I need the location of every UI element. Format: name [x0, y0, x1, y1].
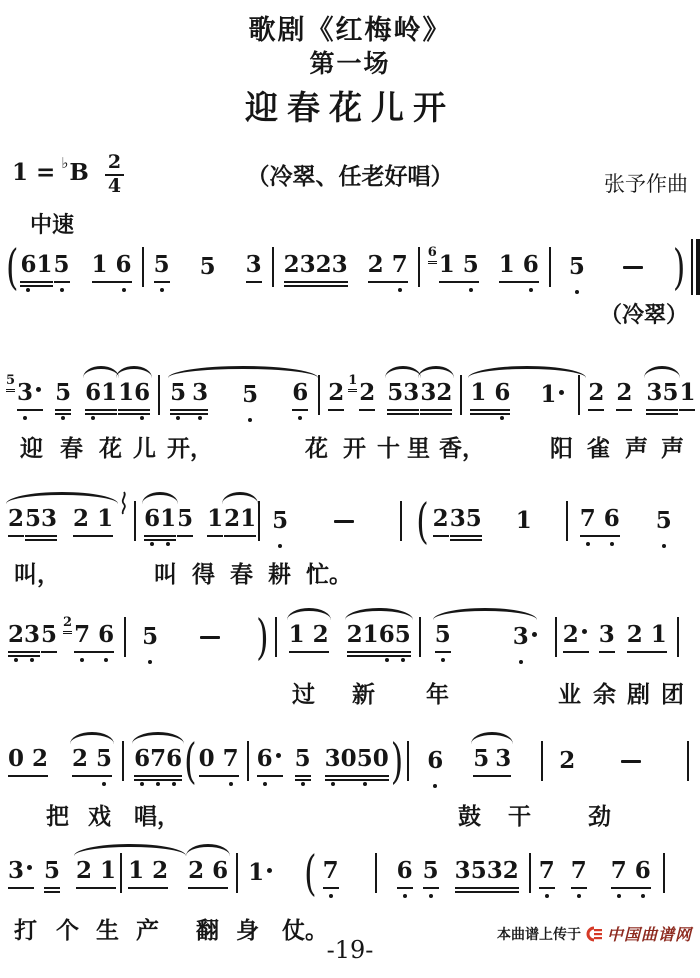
note: 2: [559, 748, 575, 774]
barline: [663, 853, 665, 893]
slur: [74, 844, 186, 856]
slur: [644, 366, 680, 378]
watermark-site-name: 中国曲谱网: [607, 922, 692, 945]
augmentation-dot: [582, 629, 587, 634]
octave-dot: [263, 782, 267, 786]
octave-dot: [140, 416, 144, 420]
watermark: 本曲谱上传于 中国曲谱网: [497, 922, 692, 945]
octave-dot: [102, 782, 106, 786]
note: 2: [616, 380, 632, 411]
lyric: 余: [593, 676, 616, 709]
octave-dot: [198, 416, 202, 420]
note: 61: [85, 380, 117, 411]
barline: [275, 617, 277, 657]
barline: [272, 247, 274, 287]
octave-dot: [529, 288, 533, 292]
slur: [345, 608, 413, 620]
lyric: 花: [305, 430, 328, 463]
barline: [687, 741, 689, 781]
lyric: 香，: [439, 430, 485, 463]
note: 5: [44, 858, 60, 889]
notation-row: 2352765)122165532321: [6, 610, 698, 664]
lyric: 阳: [550, 430, 573, 463]
octave-dot: [441, 658, 445, 662]
note: 676: [134, 746, 182, 777]
phrase-paren: ): [673, 243, 685, 291]
octave-dot: [172, 782, 176, 786]
note: 35: [646, 380, 678, 411]
octave-dot: [429, 894, 433, 898]
octave-dot: [500, 416, 504, 420]
note: 16: [470, 380, 510, 411]
slur: [471, 732, 513, 744]
notation-row: 0225676(07653050)6532: [6, 734, 698, 788]
octave-dot: [662, 544, 666, 548]
octave-dot: [401, 658, 405, 662]
note: 5: [200, 254, 216, 280]
dash-note: [334, 520, 354, 523]
slur: [433, 608, 537, 620]
note: 2: [359, 380, 375, 411]
octave-dot: [122, 288, 126, 292]
note: 2: [8, 506, 24, 537]
barline: [418, 247, 420, 287]
music-line: 0225676(07653050)6532把戏唱，鼓干劲: [6, 734, 698, 850]
watermark-prefix: 本曲谱上传于: [497, 924, 581, 944]
note: 5: [142, 624, 158, 650]
note: 2165: [347, 622, 411, 653]
dash-note: [200, 636, 220, 639]
octave-dot: [14, 658, 18, 662]
lyric: 戏: [88, 798, 111, 831]
notation-row: 253216151215(2351765: [6, 494, 698, 548]
octave-dot: [30, 658, 34, 662]
note: 7: [571, 858, 587, 889]
phrase-paren: (: [304, 849, 316, 897]
lyric: 叫: [154, 556, 177, 589]
octave-dot: [248, 418, 252, 422]
octave-dot: [176, 416, 180, 420]
lyric: 干: [508, 798, 531, 831]
slur: [142, 492, 178, 504]
note: 5: [656, 508, 672, 534]
note: 5: [295, 746, 311, 777]
lyric: 声: [661, 430, 684, 463]
note: 5: [435, 622, 451, 653]
grace-note: 2: [63, 615, 72, 634]
slur: [287, 608, 331, 620]
dash-note: [621, 760, 641, 763]
note: 21: [73, 506, 113, 537]
grace-note: 5: [6, 373, 15, 392]
octave-dot: [469, 288, 473, 292]
note: 1: [248, 860, 274, 886]
barline: [419, 617, 421, 657]
note: 02: [8, 746, 48, 777]
barline: [120, 853, 122, 893]
slur: [70, 732, 114, 744]
note: 12: [128, 858, 168, 889]
note: 07: [199, 746, 239, 777]
note: 6: [427, 748, 443, 774]
note: 76: [611, 858, 651, 889]
phrase-paren: ): [391, 737, 403, 785]
octave-dot: [298, 416, 302, 420]
octave-dot: [577, 894, 581, 898]
barline: [460, 375, 462, 415]
barline: [134, 501, 136, 541]
note: 2: [328, 380, 344, 411]
phrase-paren: (: [184, 737, 196, 785]
barline: [142, 247, 144, 287]
octave-dot: [150, 542, 154, 546]
augmentation-dot: [276, 753, 281, 758]
lyric: 新: [352, 676, 375, 709]
octave-dot: [104, 658, 108, 662]
augmentation-dot: [36, 387, 41, 392]
note: 5: [569, 254, 585, 280]
note: 27: [368, 252, 408, 283]
slur: [132, 732, 184, 744]
note: 21: [224, 506, 256, 537]
barline: [318, 375, 320, 415]
phrase-paren: ): [256, 613, 268, 661]
barline: [375, 853, 377, 893]
lyric: 剧: [627, 676, 650, 709]
octave-dot: [91, 416, 95, 420]
octave-dot: [403, 894, 407, 898]
note: 3532: [455, 858, 519, 889]
lyric: 声: [625, 430, 648, 463]
barline: [529, 853, 531, 893]
note: 76: [74, 622, 114, 653]
lyric: 迎: [20, 430, 43, 463]
lyric: 团: [661, 676, 684, 709]
octave-dot: [148, 660, 152, 664]
octave-dot: [385, 658, 389, 662]
note: 2323: [284, 252, 348, 283]
octave-dot: [617, 894, 621, 898]
note: 5: [55, 380, 71, 411]
octave-dot: [61, 416, 65, 420]
note: 1: [679, 380, 695, 411]
music-line: 2352765)122165532321过新年业余剧团: [6, 610, 698, 726]
dash-note: [623, 266, 643, 269]
lyric: 里: [407, 430, 430, 463]
note: 2: [433, 506, 449, 537]
grace-note: 6: [428, 245, 437, 264]
note: 15: [439, 252, 479, 283]
note: 76: [580, 506, 620, 537]
note: 21: [627, 622, 667, 653]
barline: [258, 501, 260, 541]
octave-dot: [23, 416, 27, 420]
note: 1: [516, 508, 532, 534]
octave-dot: [60, 288, 64, 292]
slur: [222, 492, 258, 504]
octave-dot: [363, 782, 367, 786]
note: 61: [144, 506, 176, 537]
barline: [236, 853, 238, 893]
lyric: 得: [192, 556, 215, 589]
octave-dot: [545, 894, 549, 898]
notation-row: 53561165356212533216122351: [6, 368, 698, 422]
slur: [168, 366, 318, 378]
note: 32: [420, 380, 452, 411]
barline: [541, 741, 543, 781]
breath-mark: [119, 491, 128, 520]
octave-dot: [229, 782, 233, 786]
site-logo-icon: [585, 926, 603, 942]
note: 5: [177, 506, 193, 537]
lyric: 十: [377, 430, 400, 463]
lyric: 耕: [268, 556, 291, 589]
octave-dot: [80, 658, 84, 662]
grace-note: 1: [348, 373, 357, 392]
barline: [122, 741, 124, 781]
note: 23: [8, 622, 40, 653]
lyric: 劲: [588, 798, 611, 831]
augmentation-dot: [532, 632, 537, 637]
role-annotation: （冷翠）: [600, 298, 688, 329]
note: 53: [473, 746, 511, 777]
note: 16: [499, 252, 539, 283]
note: 5: [242, 382, 258, 408]
note: 7: [539, 858, 555, 889]
lyric: 年: [426, 676, 449, 709]
octave-dot: [26, 288, 30, 292]
note: 5: [154, 252, 170, 283]
note: 21: [76, 858, 116, 889]
phrase-paren: (: [6, 243, 18, 291]
barline: [566, 501, 568, 541]
barline: [555, 617, 557, 657]
lyric: 把: [46, 798, 69, 831]
lyric: 儿: [133, 430, 156, 463]
notation-area: (61516553232327615165)（冷翠）53561165356212…: [0, 0, 700, 978]
lyric: 唱，: [134, 798, 180, 831]
augmentation-dot: [27, 865, 32, 870]
final-barline: [691, 239, 700, 295]
slur: [186, 844, 230, 856]
lyric: 春: [60, 430, 83, 463]
lyric: 雀: [587, 430, 610, 463]
octave-dot: [156, 782, 160, 786]
note: 3: [17, 380, 43, 411]
barline: [400, 501, 402, 541]
music-line: 253216151215(2351765叫，叫得春耕忙。: [6, 494, 698, 610]
note: 53: [387, 380, 419, 411]
octave-dot: [160, 288, 164, 292]
lyric: 花: [99, 430, 122, 463]
notation-row: 352112261(76535327776: [6, 846, 698, 900]
note: 5: [272, 508, 288, 534]
lyric: 鼓: [458, 798, 481, 831]
barline: [578, 375, 580, 415]
barline: [407, 741, 409, 781]
octave-dot: [329, 894, 333, 898]
music-line: (61516553232327615165)（冷翠）: [6, 240, 698, 356]
octave-dot: [641, 894, 645, 898]
barline: [124, 617, 126, 657]
note: 3: [8, 858, 34, 889]
octave-dot: [433, 784, 437, 788]
barline: [549, 247, 551, 287]
octave-dot: [301, 782, 305, 786]
barline: [247, 741, 249, 781]
note: 3: [513, 624, 539, 650]
augmentation-dot: [559, 390, 564, 395]
note: 2: [588, 380, 604, 411]
barline: [158, 375, 160, 415]
barline: [677, 617, 679, 657]
slur: [418, 366, 454, 378]
octave-dot: [278, 544, 282, 548]
phrase-paren: (: [416, 497, 428, 545]
note: 12: [289, 622, 329, 653]
note: 6: [397, 858, 413, 889]
note: 16: [118, 380, 150, 411]
lyric: 春: [230, 556, 253, 589]
note: 3: [599, 622, 615, 653]
note: 25: [72, 746, 112, 777]
note: 3050: [325, 746, 389, 777]
music-line: 53561165356212533216122351迎春花儿开，花开十里香，阳雀…: [6, 368, 698, 484]
octave-dot: [519, 660, 523, 664]
note: 35: [450, 506, 482, 537]
slur: [83, 366, 119, 378]
note: 5: [54, 252, 70, 283]
lyric: 开，: [167, 430, 213, 463]
note: 1: [540, 382, 566, 408]
octave-dot: [140, 782, 144, 786]
lyric: 业: [558, 676, 581, 709]
octave-dot: [575, 290, 579, 294]
sheet-music-page: 歌剧《红梅岭》 第一场 迎春花儿开 1 = ♭ B 2 4 （冷翠、任老好唱） …: [0, 0, 700, 978]
augmentation-dot: [267, 868, 272, 873]
note: 5: [41, 622, 57, 653]
lyric: 忙。: [306, 556, 352, 589]
octave-dot: [586, 542, 590, 546]
note: 1: [207, 506, 223, 537]
note: 6: [292, 380, 308, 411]
lyric: 过: [292, 676, 315, 709]
note: 26: [188, 858, 228, 889]
lyric: 开: [343, 430, 366, 463]
octave-dot: [331, 782, 335, 786]
slur: [468, 366, 586, 378]
note: 6: [257, 746, 283, 777]
note: 2: [563, 622, 589, 653]
note: 7: [323, 858, 339, 889]
octave-dot: [610, 542, 614, 546]
slur: [6, 492, 118, 504]
note: 61: [20, 252, 52, 283]
octave-dot: [166, 542, 170, 546]
note: 3: [246, 252, 262, 283]
note: 53: [25, 506, 57, 537]
note: 16: [92, 252, 132, 283]
slur: [385, 366, 421, 378]
note: 5: [423, 858, 439, 889]
octave-dot: [398, 288, 402, 292]
note: 53: [170, 380, 208, 411]
slur: [116, 366, 152, 378]
lyric: 叫，: [14, 556, 60, 589]
notation-row: (61516553232327615165): [6, 240, 698, 294]
